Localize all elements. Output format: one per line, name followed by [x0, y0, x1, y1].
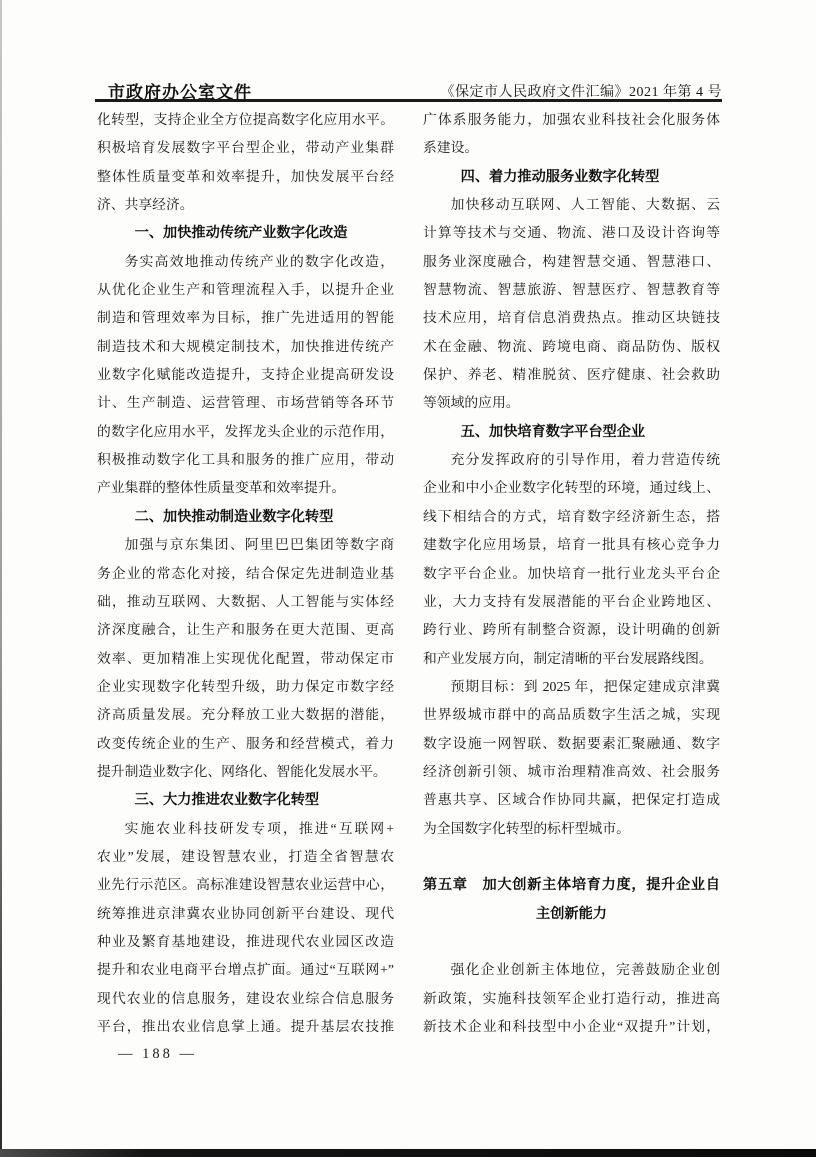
scan-bottom-bar — [0, 1149, 816, 1157]
section-heading: 二、加快推动制造业数字化转型 — [97, 503, 394, 531]
section-heading: 三、大力推进农业数字化转型 — [97, 786, 394, 814]
text-line: 普惠共享、区域合作协同共赢，把保定打造成 — [423, 786, 720, 814]
text-line: 统筹推进京津冀农业协同创新平台建设、现代 — [97, 900, 394, 928]
text-line: 保护、养老、精准脱贫、医疗健康、社会救助 — [423, 361, 720, 389]
text-line: 计算等技术与交通、物流、港口及设计咨询等 — [423, 219, 720, 247]
text-line: 数字平台企业。加快培育一批行业龙头平台企 — [423, 560, 720, 588]
text-line: 改变传统企业的生产、服务和经营模式，着力 — [97, 730, 394, 758]
text-line: 农业”发展，建设智慧农业，打造全省智慧农 — [97, 843, 394, 871]
section-heading: 一、加快推动传统产业数字化改造 — [97, 219, 394, 247]
chapter-heading-line: 第五章 加大创新主体培育力度，提升企业自 — [423, 871, 720, 899]
header-rule — [95, 99, 722, 102]
text-line: 智慧物流、智慧旅游、智慧医疗、智慧教育等 — [423, 276, 720, 304]
text-line: 济高质量发展。充分释放工业大数据的潜能， — [97, 701, 394, 729]
text-line: 实施农业科技研发专项，推进“互联网+ — [97, 815, 394, 843]
text-line: 新政策，实施科技领军企业打造行动，推进高 — [423, 985, 720, 1013]
text-line: 线下相结合的方式，培育数字经济新生态，搭 — [423, 503, 720, 531]
text-line: 整体性质量变革和效率提升，加快发展平台经 — [97, 163, 394, 191]
text-line: 业先行示范区。高标准建设智慧农业运营中心， — [97, 871, 394, 899]
text-line: 业，大力支持有发展潜能的平台企业跨地区、 — [423, 588, 720, 616]
text-line: 经济创新引领、城市治理精准高效、社会服务 — [423, 758, 720, 786]
scan-left-edge-line — [0, 0, 2, 1157]
text-line: 制造和管理效率为目标，推广先进适用的智能 — [97, 304, 394, 332]
text-line: 效率、更加精准上实现优化配置，带动保定市 — [97, 645, 394, 673]
text-line: 计、生产制造、运营管理、市场营销等各环节 — [97, 389, 394, 417]
text-line: 为全国数字化转型的标杆型城市。 — [423, 815, 720, 843]
text-line: 加强与京东集团、阿里巴巴集团等数字商 — [97, 531, 394, 559]
text-line: 技术应用，培育信息消费热点。推动区块链技 — [423, 304, 720, 332]
text-line: 等领域的应用。 — [423, 389, 720, 417]
text-line: 服务业深度融合，构建智慧交通、智慧港口、 — [423, 248, 720, 276]
text-line: 企业和中小企业数字化转型的环境，通过线上、 — [423, 474, 720, 502]
text-line: 术在金融、物流、跨境电商、商品防伪、版权 — [423, 333, 720, 361]
text-line: 的数字化应用水平，发挥龙头企业的示范作用， — [97, 418, 394, 446]
text-line: 现代农业的信息服务，建设农业综合信息服务 — [97, 985, 394, 1013]
text-line: 世界级城市群中的高品质数字生活之城，实现 — [423, 701, 720, 729]
text-line: 种业及繁育基地建设，推进现代农业园区改造 — [97, 928, 394, 956]
text-line: 济深度融合，让生产和服务在更大范围、更高 — [97, 616, 394, 644]
text-line: 济、共享经济。 — [97, 191, 394, 219]
text-line: 业数字化赋能改造提升，支持企业提高研发设 — [97, 361, 394, 389]
blank-line — [423, 843, 720, 871]
text-line: 预期目标：到 2025 年，把保定建成京津冀 — [423, 673, 720, 701]
section-heading: 五、加快培育数字平台型企业 — [423, 418, 720, 446]
document-page: 市政府办公室文件 《保定市人民政府文件汇编》2021 年第 4 号 化转型，支持… — [0, 0, 816, 1157]
text-line: 系建设。 — [423, 134, 720, 162]
left-text-column: 化转型，支持企业全方位提高数字化应用水平。积极培育发展数字平台型企业，带动产业集… — [97, 106, 394, 1041]
text-line: 从优化企业生产和管理流程入手，以提升企业 — [97, 276, 394, 304]
blank-line — [423, 928, 720, 956]
text-line: 新技术企业和科技型中小企业“双提升”计划， — [423, 1013, 720, 1041]
text-line: 积极推动数字化工具和服务的推广应用，带动 — [97, 446, 394, 474]
text-line: 充分发挥政府的引导作用，着力营造传统 — [423, 446, 720, 474]
text-line: 础，推动互联网、大数据、人工智能与实体经 — [97, 588, 394, 616]
right-text-column: 广体系服务能力，加强农业科技社会化服务体系建设。四、着力推动服务业数字化转型加快… — [423, 106, 720, 1041]
text-line: 平台，推出农业信息掌上通。提升基层农技推 — [97, 1013, 394, 1041]
text-line: 企业实现数字化转型升级，助力保定市数字经 — [97, 673, 394, 701]
text-line: 积极培育发展数字平台型企业，带动产业集群 — [97, 134, 394, 162]
text-line: 产业集群的整体性质量变革和效率提升。 — [97, 474, 394, 502]
text-line: 务企业的常态化对接，结合保定先进制造业基 — [97, 560, 394, 588]
chapter-heading-line: 主创新能力 — [423, 900, 720, 928]
text-line: 和产业发展方向，制定清晰的平台发展路线图。 — [423, 645, 720, 673]
footer-page-number: — 188 — — [118, 1046, 197, 1063]
text-line: 提升和农业电商平台增点扩面。通过“互联网+” — [97, 956, 394, 984]
text-line: 加快移动互联网、人工智能、大数据、云 — [423, 191, 720, 219]
text-line: 跨行业、跨所有制整合资源，设计明确的创新 — [423, 616, 720, 644]
text-line: 化转型，支持企业全方位提高数字化应用水平。 — [97, 106, 394, 134]
text-line: 务实高效地推动传统产业的数字化改造， — [97, 248, 394, 276]
text-line: 制造技术和大规模定制技术，加快推进传统产 — [97, 333, 394, 361]
text-line: 数字设施一网智联、数据要素汇聚融通、数字 — [423, 730, 720, 758]
header-compilation-title: 《保定市人民政府文件汇编》2021 年第 4 号 — [441, 81, 723, 101]
section-heading: 四、着力推动服务业数字化转型 — [423, 163, 720, 191]
text-line: 强化企业创新主体地位，完善鼓励企业创 — [423, 956, 720, 984]
text-line: 广体系服务能力，加强农业科技社会化服务体 — [423, 106, 720, 134]
text-line: 建数字化应用场景，培育一批具有核心竞争力 — [423, 531, 720, 559]
text-line: 提升制造业数字化、网络化、智能化发展水平。 — [97, 758, 394, 786]
